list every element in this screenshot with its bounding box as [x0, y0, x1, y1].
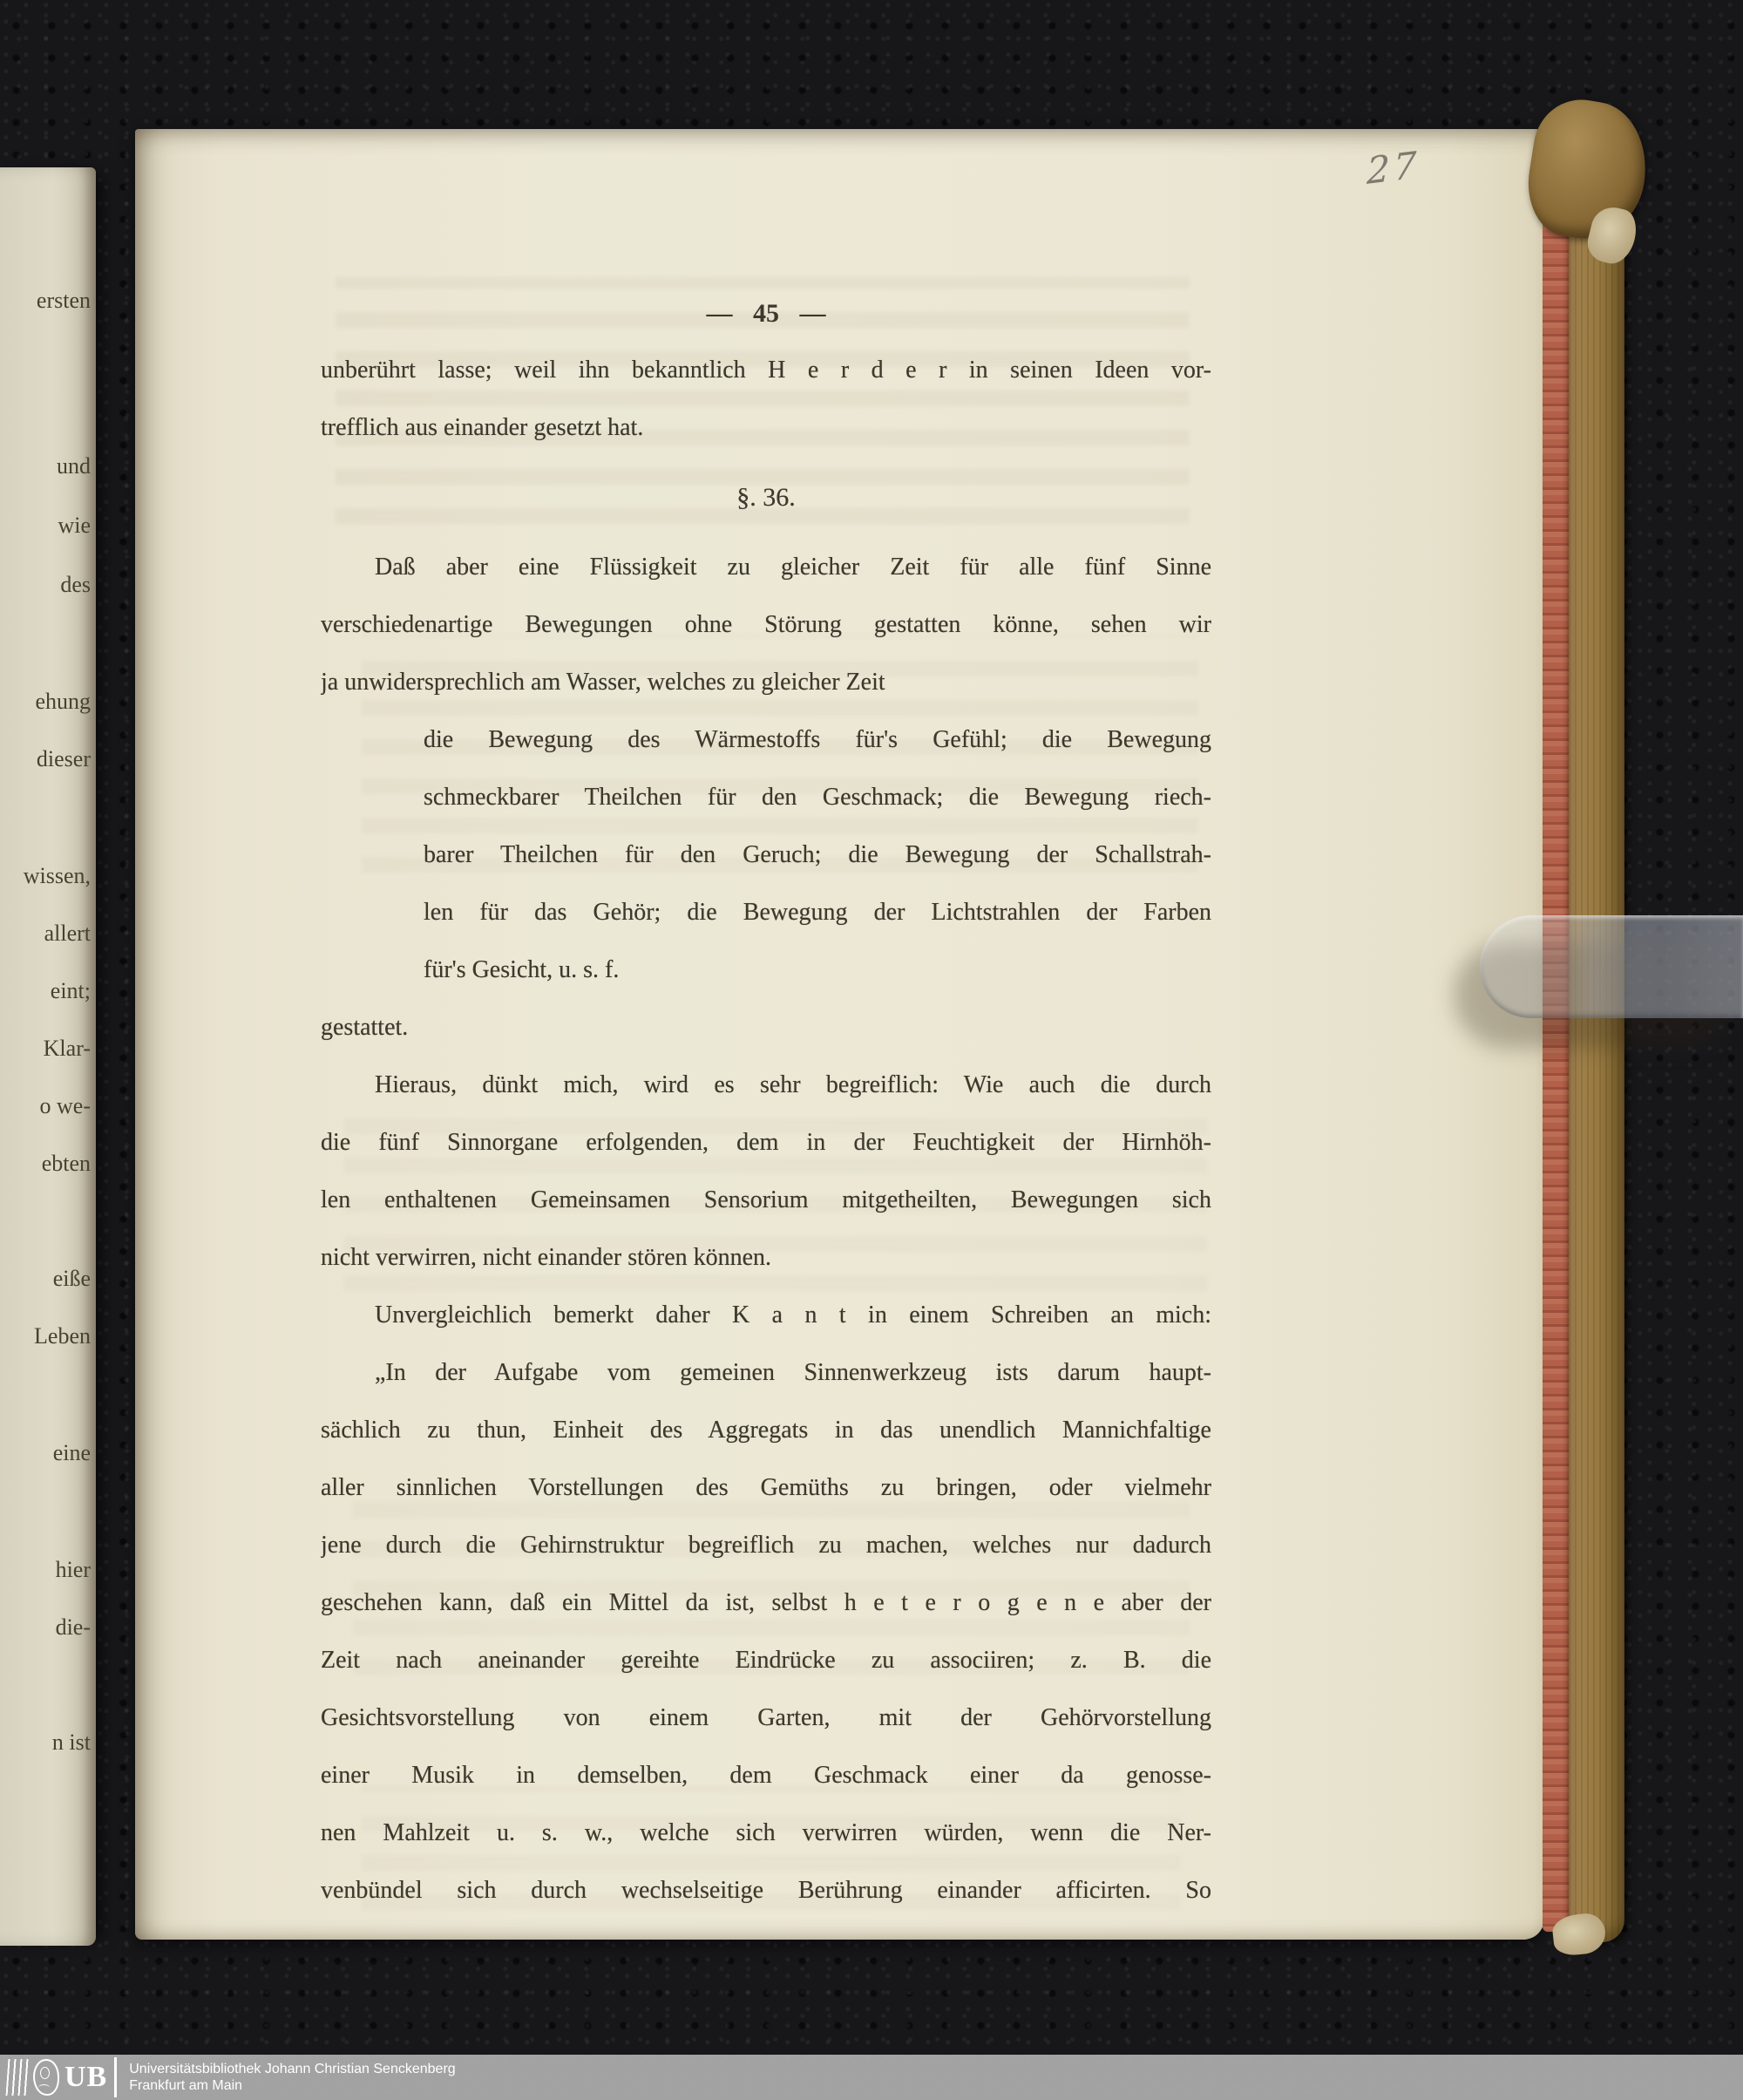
facing-page-strip: erstenundwiedesehungdieserwissen,allerte… — [0, 167, 96, 1946]
text-line: verschiedenartige Bewegungen ohne Störun… — [321, 596, 1211, 654]
book-scan: { "page": { "handwritten_number": "27", … — [0, 0, 1743, 2100]
library-caption: Universitätsbibliothek Johann Christian … — [129, 2061, 455, 2094]
margin-fragment: wie — [3, 513, 91, 539]
text-line: barer Theilchen für den Geruch; die Bewe… — [424, 826, 1211, 884]
footer-bar: UB Universitätsbibliothek Johann Christi… — [0, 2055, 1743, 2100]
margin-fragment: und — [3, 453, 91, 479]
logo-separator — [114, 2057, 117, 2097]
text-line: Zeit nach aneinander gereihte Eindrücke … — [321, 1632, 1211, 1689]
text-line: jene durch die Gehirnstruktur begreiflic… — [321, 1517, 1211, 1574]
margin-fragment: des — [3, 572, 91, 598]
text-line: die fünf Sinnorgane erfolgenden, dem in … — [321, 1114, 1211, 1172]
margin-fragment: allert — [3, 921, 91, 947]
text-line: nicht verwirren, nicht einander stören k… — [321, 1229, 1211, 1287]
books-icon — [6, 2059, 31, 2096]
ub-logo-text: UB — [64, 2057, 107, 2097]
text-line: len enthaltenen Gemeinsamen Sensorium mi… — [321, 1172, 1211, 1229]
text-line: venbündel sich durch wechselseitige Berü… — [321, 1862, 1211, 1920]
text-line: sächlich zu thun, Einheit des Aggregats … — [321, 1402, 1211, 1459]
text-line: Daß aber eine Flüssigkeit zu gleicher Ze… — [321, 539, 1211, 596]
text-line: trefflich aus einander gesetzt hat. — [321, 399, 1211, 457]
section-heading: §. 36. — [321, 469, 1211, 527]
margin-fragment: ersten — [3, 288, 91, 314]
text-line: einer Musik in demselben, dem Geschmack … — [321, 1747, 1211, 1804]
margin-fragment: eine — [3, 1440, 91, 1466]
text-line: schmeckbarer Theilchen für den Geschmack… — [424, 769, 1211, 826]
text-line: geschehen kann, daß ein Mittel da ist, s… — [321, 1574, 1211, 1632]
senckenberg-portrait-icon — [33, 2059, 59, 2096]
text-line: die Bewegung des Wärmestoffs für's Gefüh… — [424, 711, 1211, 769]
text-block: unberührt lasse; weil ihn bekanntlich H … — [321, 342, 1211, 1920]
tape-bookmark — [1480, 915, 1743, 1018]
margin-fragment: o we- — [3, 1093, 91, 1119]
page-number: — 45 — — [321, 288, 1211, 340]
ub-logo: UB — [7, 2057, 129, 2097]
library-name: Universitätsbibliothek Johann Christian … — [129, 2061, 455, 2077]
text-line: Unvergleichlich bemerkt daher K a n t in… — [321, 1287, 1211, 1344]
text-line: nen Mahlzeit u. s. w., welche sich verwi… — [321, 1804, 1211, 1862]
text-line: für's Gesicht, u. s. f. — [424, 941, 1211, 999]
handwritten-folio-number: 27 — [1367, 143, 1421, 193]
text-line: Gesichtsvorstellung von einem Garten, mi… — [321, 1689, 1211, 1747]
margin-fragment: hier — [3, 1557, 91, 1583]
margin-fragment: eiße — [3, 1266, 91, 1292]
text-line: aller sinnlichen Vorstellungen des Gemüt… — [321, 1459, 1211, 1517]
margin-fragment: wissen, — [3, 863, 91, 889]
margin-fragment: Leben — [3, 1323, 91, 1349]
text-line: unberührt lasse; weil ihn bekanntlich H … — [321, 342, 1211, 399]
margin-fragment: n ist — [3, 1730, 91, 1756]
text-line: Hieraus, dünkt mich, wird es sehr begrei… — [321, 1057, 1211, 1114]
margin-fragment: ehung — [3, 689, 91, 715]
text-line: „In der Aufgabe vom gemeinen Sinnenwerkz… — [321, 1344, 1211, 1402]
margin-fragment: ebten — [3, 1151, 91, 1177]
margin-fragment: die- — [3, 1614, 91, 1641]
margin-fragment: Klar- — [3, 1036, 91, 1062]
margin-fragment: dieser — [3, 746, 91, 772]
text-line: len für das Gehör; die Bewegung der Lich… — [424, 884, 1211, 941]
text-line: gestattet. — [321, 999, 1211, 1057]
text-line: ja unwidersprechlich am Wasser, welches … — [321, 654, 1211, 711]
margin-fragment: eint; — [3, 978, 91, 1004]
library-city: Frankfurt am Main — [129, 2077, 455, 2094]
